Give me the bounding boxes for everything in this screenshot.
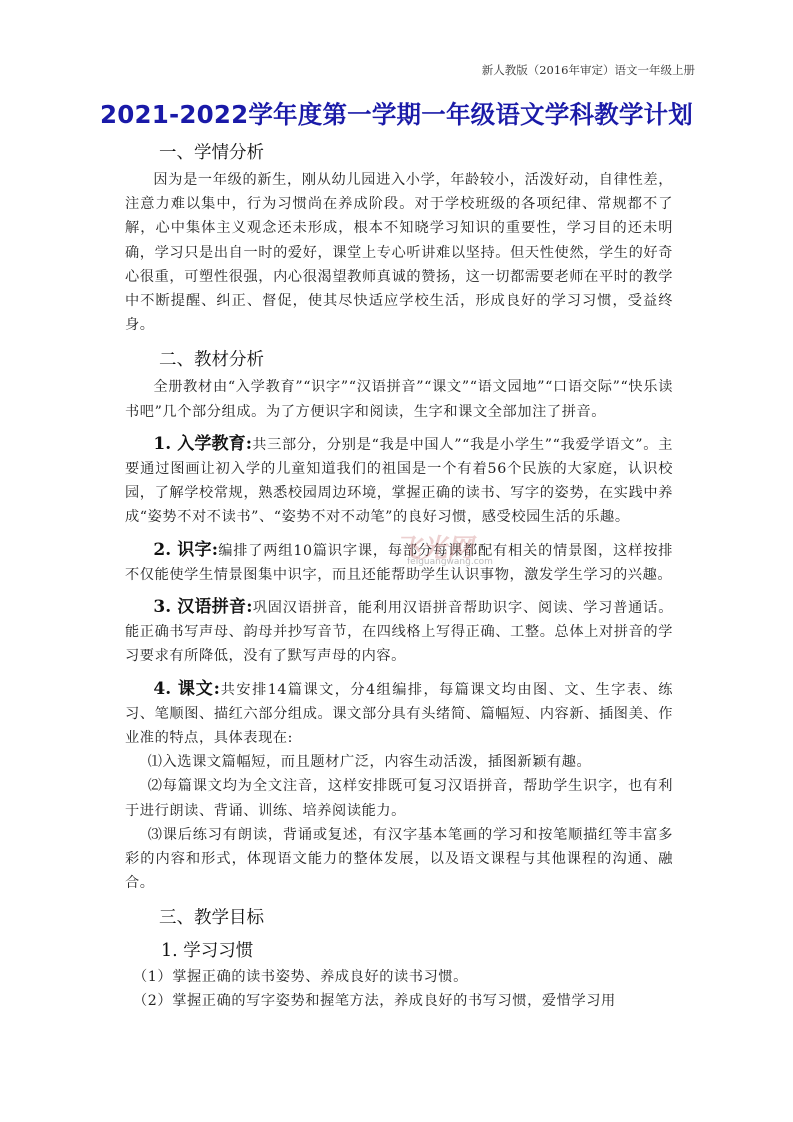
sub-item-1: ⑴入选课文篇幅短，而且题材广泛，内容生动活泼，插图新颖有趣。 <box>125 750 673 774</box>
item-texts: 4. 课文:共安排14篇课文，分4组编排，每篇课文均由图、文、生字表、练习、笔顺… <box>125 677 673 751</box>
subheading-study-habits: 1. 学习习惯 <box>125 937 673 965</box>
header-note: 新人教版（2016年审定）语文一年级上册 <box>482 62 695 78</box>
goal-line-2: （2）掌握正确的写字姿势和握笔方法，养成良好的书写习惯，爱惜学习用 <box>125 989 673 1013</box>
section-heading-textbook-analysis: 二、教材分析 <box>125 345 673 375</box>
item-label: 2. 识字: <box>153 540 218 560</box>
section-heading-teaching-goals: 三、教学目标 <box>125 903 673 933</box>
item-entrance-education: 1. 入学教育:共三部分，分别是“我是中国人”“我是小学生”“我爱学语文”。主要… <box>125 432 673 530</box>
goal-line-1: （1）掌握正确的读书姿势、养成良好的读书习惯。 <box>125 965 673 989</box>
document-body: 一、学情分析 因为是一年级的新生，刚从幼儿园进入小学，年龄较小，活泼好动，自律性… <box>125 138 673 1013</box>
item-label: 1. 入学教育: <box>153 434 252 454</box>
watermark-sub: feiguangwang.com <box>407 557 493 567</box>
sub-item-2: ⑵每篇课文均为全文注音，这样安排既可复习汉语拼音，帮助学生识字，也有利于进行朗读… <box>125 774 673 822</box>
item-label: 3. 汉语拼音: <box>153 597 252 617</box>
sub-item-3: ⑶课后练习有朗读，背诵或复述，有汉字基本笔画的学习和按笔顺描红等丰富多彩的内容和… <box>125 823 673 896</box>
document-title: 2021-2022学年度第一学期一年级语文学科教学计划 <box>0 96 793 131</box>
item-label: 4. 课文: <box>153 679 220 699</box>
section-heading-student-analysis: 一、学情分析 <box>125 138 673 168</box>
watermark-logo: 飞光网feiguangwang.com <box>395 528 493 567</box>
paragraph-textbook-intro: 全册教材由“入学教育”“识字”“汉语拼音”“课文”“语文园地”“口语交际”“快乐… <box>125 375 673 423</box>
paragraph-student-analysis: 因为是一年级的新生，刚从幼儿园进入小学，年龄较小，活泼好动，自律性差，注意力难以… <box>125 168 673 337</box>
item-pinyin: 3. 汉语拼音:巩固汉语拼音，能利用汉语拼音帮助识字、阅读、学习普通话。能正确书… <box>125 595 673 669</box>
